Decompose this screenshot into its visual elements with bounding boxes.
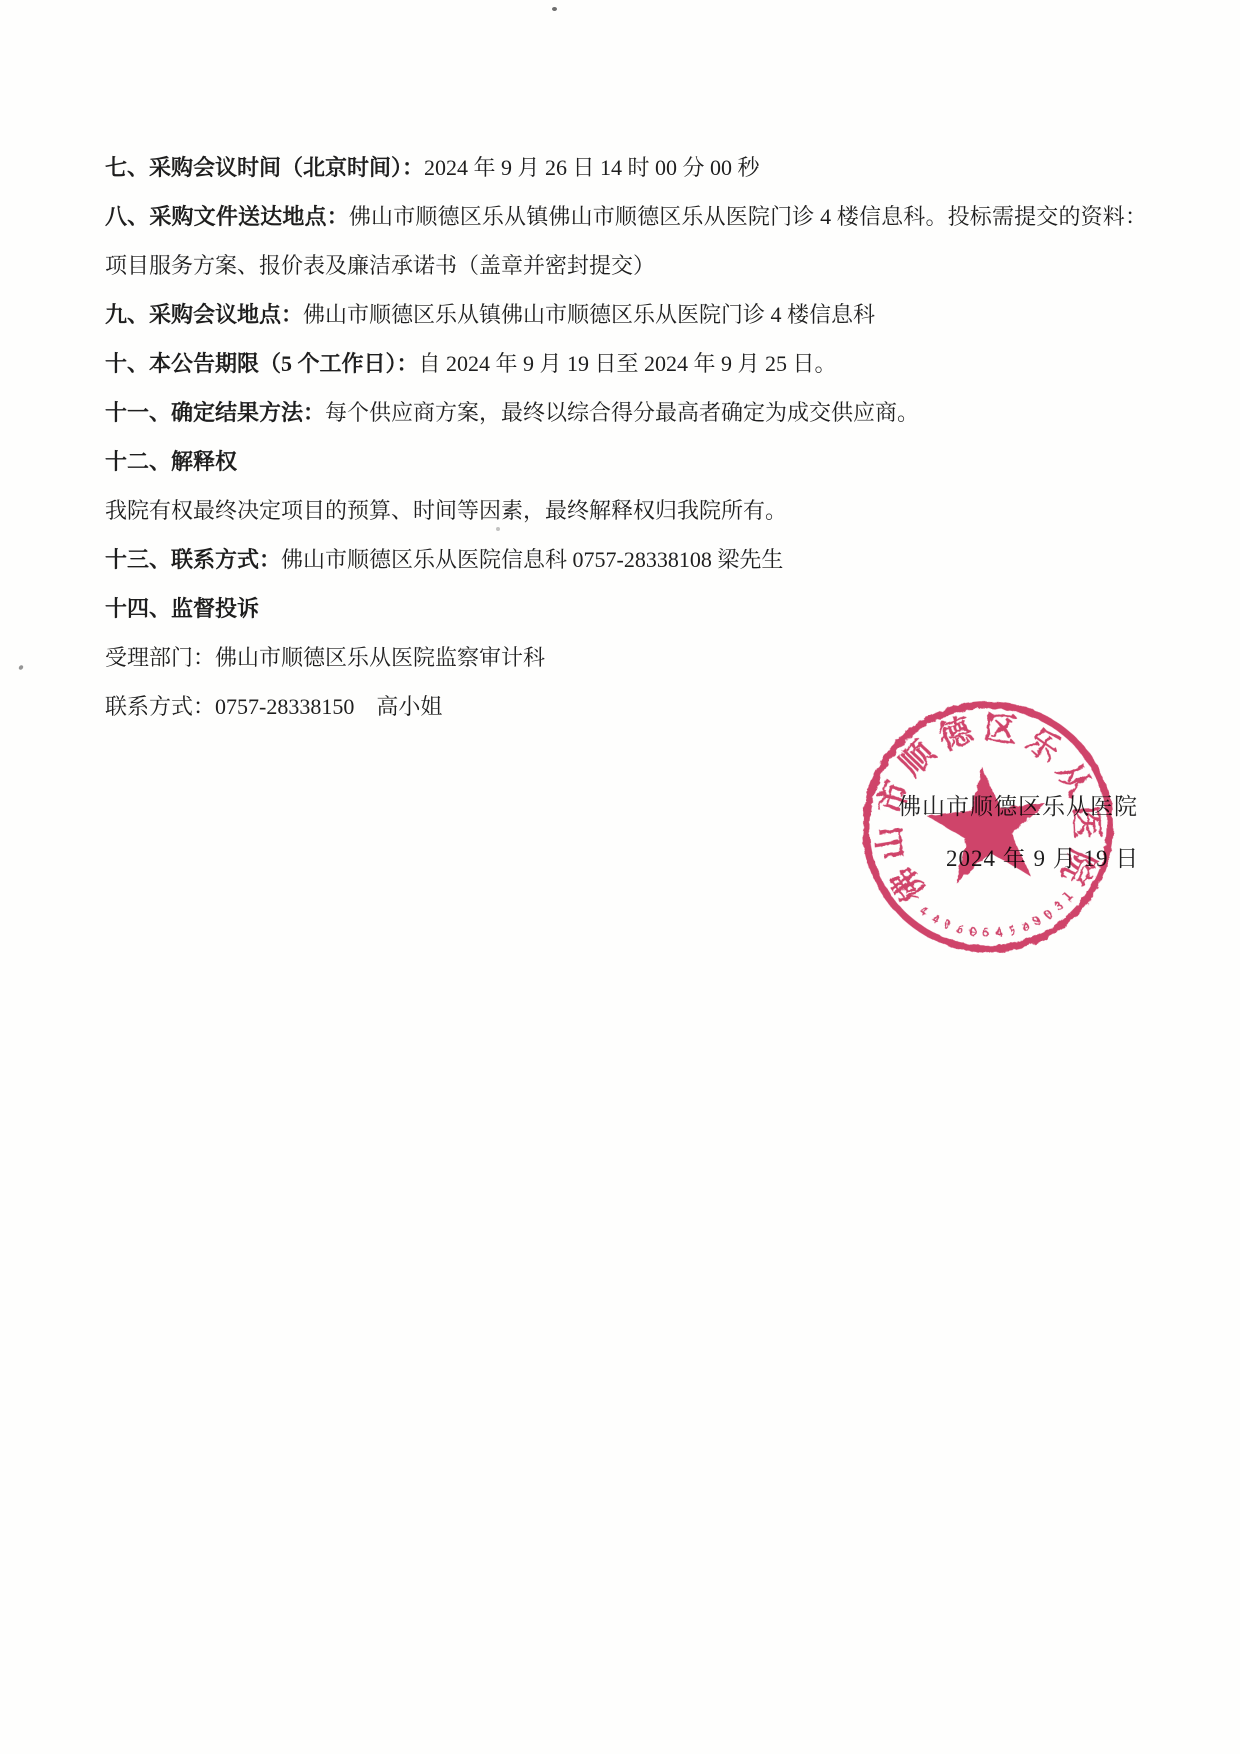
paragraph-text: 佛山市顺德区乐从镇佛山市顺德区乐从医院门诊 4 楼信息科 xyxy=(303,302,875,327)
scan-artifact xyxy=(18,664,24,670)
paragraph-delivery-address: 八、采购文件送达地点：佛山市顺德区乐从镇佛山市顺德区乐从医院门诊 4 楼信息科。… xyxy=(105,192,1147,290)
paragraph-text: 2024 年 9 月 26 日 14 时 00 分 00 秒 xyxy=(424,155,760,180)
signature-organization: 佛山市顺德区乐从医院 xyxy=(898,788,1138,821)
svg-text:4: 4 xyxy=(917,904,931,920)
paragraph-text: 每个供应商方案，最终以综合得分最高者确定为成交供应商。 xyxy=(325,400,919,425)
paragraph-label: 十四、监督投诉 xyxy=(105,596,259,621)
signature-date: 2024 年 9 月 19 日 xyxy=(946,840,1139,873)
paragraph-contact: 十三、联系方式：佛山市顺德区乐从医院信息科 0757-28338108 梁先生 xyxy=(105,535,1147,584)
official-seal-stamp: 佛山市顺德区乐从医院 4406064509031 xyxy=(828,667,1148,987)
document-page: 七、采购会议时间（北京时间）：2024 年 9 月 26 日 14 时 00 分… xyxy=(0,0,1240,1754)
svg-text:区: 区 xyxy=(982,708,1019,749)
paragraph-supervision: 十四、监督投诉 xyxy=(105,584,1147,633)
svg-text:0: 0 xyxy=(968,924,977,939)
paragraph-label: 八、采购文件送达地点： xyxy=(105,204,349,229)
paragraph-label: 九、采购会议地点： xyxy=(105,302,303,327)
svg-text:5: 5 xyxy=(1007,923,1017,938)
paragraph-result-method: 十一、确定结果方法：每个供应商方案，最终以综合得分最高者确定为成交供应商。 xyxy=(105,388,1147,437)
svg-text:山: 山 xyxy=(869,824,911,863)
scan-artifact xyxy=(552,7,557,11)
svg-text:4: 4 xyxy=(995,925,1004,940)
paragraph-label: 十二、解释权 xyxy=(105,449,237,474)
paragraph-label: 十三、联系方式： xyxy=(105,547,281,572)
svg-text:9: 9 xyxy=(1030,913,1043,929)
paragraph-label: 七、采购会议时间（北京时间）： xyxy=(105,155,424,180)
paragraph-notice-period: 十、本公告期限（5 个工作日）：自 2024 年 9 月 19 日至 2024 … xyxy=(105,339,1147,388)
svg-text:0: 0 xyxy=(1019,919,1031,935)
paragraph-label: 十、本公告期限（5 个工作日）： xyxy=(105,351,419,376)
paragraph-text: 联系方式：0757-28338150 高小姐 xyxy=(105,694,442,719)
svg-text:3: 3 xyxy=(1051,898,1066,913)
paragraph-text: 我院有权最终决定项目的预算、时间等因素，最终解释权归我院所有。 xyxy=(105,498,787,523)
paragraph-interpretation-right: 十二、解释权 xyxy=(105,437,1147,486)
document-body: 七、采购会议时间（北京时间）：2024 年 9 月 26 日 14 时 00 分… xyxy=(105,143,1147,731)
paragraph-text: 佛山市顺德区乐从医院信息科 0757-28338108 梁先生 xyxy=(281,547,783,572)
svg-text:6: 6 xyxy=(954,921,965,936)
svg-text:4: 4 xyxy=(929,911,942,927)
paragraph-text: 自 2024 年 9 月 19 日至 2024 年 9 月 25 日。 xyxy=(419,351,837,376)
svg-text:0: 0 xyxy=(941,917,953,933)
svg-text:0: 0 xyxy=(1041,906,1055,922)
paragraph-interpretation-body: 我院有权最终决定项目的预算、时间等因素，最终解释权归我院所有。 xyxy=(105,486,1147,535)
paragraph-meeting-time: 七、采购会议时间（北京时间）：2024 年 9 月 26 日 14 时 00 分… xyxy=(105,143,1147,192)
paragraph-text: 受理部门：佛山市顺德区乐从医院监察审计科 xyxy=(105,645,545,670)
paragraph-meeting-place: 九、采购会议地点：佛山市顺德区乐从镇佛山市顺德区乐从医院门诊 4 楼信息科 xyxy=(105,290,1147,339)
svg-text:6: 6 xyxy=(982,926,990,940)
paragraph-label: 十一、确定结果方法： xyxy=(105,400,325,425)
svg-text:1: 1 xyxy=(1060,889,1075,904)
